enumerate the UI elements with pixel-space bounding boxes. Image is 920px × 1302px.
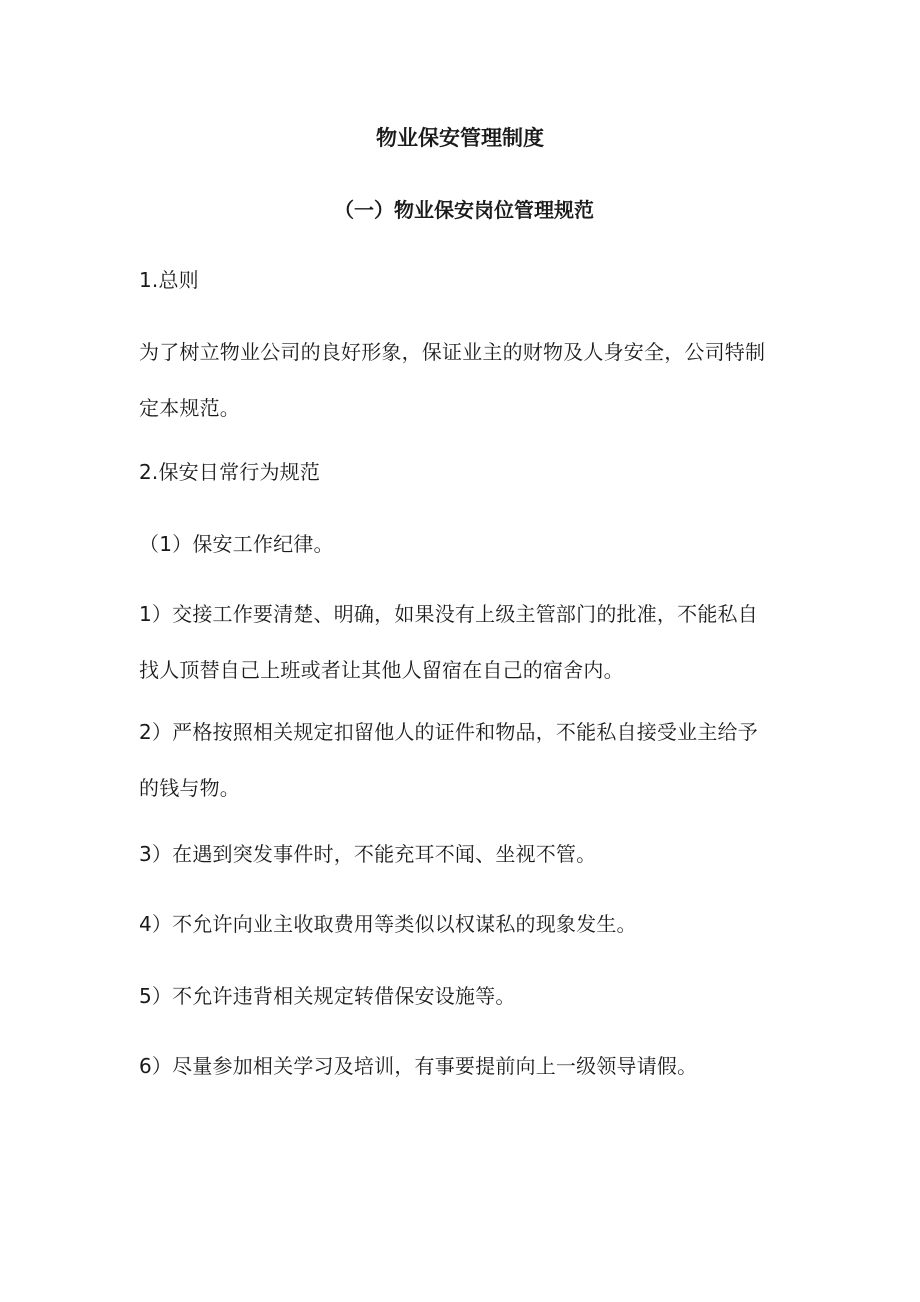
section-heading-general: 1.总则 bbox=[139, 252, 789, 308]
paragraph-line: 为了树立物业公司的良好形象，保证业主的财物及人身安全，公司特制 bbox=[139, 324, 789, 380]
heading-text: 2.保安日常行为规范 bbox=[139, 444, 789, 500]
list-item-line: 3）在遇到突发事件时，不能充耳不闻、坐视不管。 bbox=[139, 826, 789, 882]
list-item-line: 5）不允许违背相关规定转借保安设施等。 bbox=[139, 968, 789, 1024]
list-item-line: 1）交接工作要清楚、明确，如果没有上级主管部门的批准，不能私自 bbox=[139, 586, 789, 642]
general-paragraph: 为了树立物业公司的良好形象，保证业主的财物及人身安全，公司特制 定本规范。 bbox=[139, 324, 789, 436]
list-item-line: 6）尽量参加相关学习及培训，有事要提前向上一级领导请假。 bbox=[139, 1038, 789, 1094]
document-page: 物业保安管理制度 （一）物业保安岗位管理规范 1.总则 为了树立物业公司的良好形… bbox=[0, 0, 920, 1302]
paragraph-line: 定本规范。 bbox=[139, 380, 789, 436]
list-item-line: 的钱与物。 bbox=[139, 760, 789, 816]
list-item-line: 4）不允许向业主收取费用等类似以权谋私的现象发生。 bbox=[139, 896, 789, 952]
subheading-text: （1）保安工作纪律。 bbox=[139, 516, 789, 572]
section-subtitle: （一）物业保安岗位管理规范 bbox=[0, 196, 920, 224]
subheading-work-discipline: （1）保安工作纪律。 bbox=[139, 516, 789, 572]
section-heading-daily-conduct: 2.保安日常行为规范 bbox=[139, 444, 789, 500]
list-item-line: 找人顶替自己上班或者让其他人留宿在自己的宿舍内。 bbox=[139, 642, 789, 698]
list-item-4: 4）不允许向业主收取费用等类似以权谋私的现象发生。 bbox=[139, 896, 789, 952]
list-item-6: 6）尽量参加相关学习及培训，有事要提前向上一级领导请假。 bbox=[139, 1038, 789, 1094]
list-item-3: 3）在遇到突发事件时，不能充耳不闻、坐视不管。 bbox=[139, 826, 789, 882]
list-item-5: 5）不允许违背相关规定转借保安设施等。 bbox=[139, 968, 789, 1024]
list-item-line: 2）严格按照相关规定扣留他人的证件和物品，不能私自接受业主给予 bbox=[139, 704, 789, 760]
heading-text: 1.总则 bbox=[139, 252, 789, 308]
list-item-1: 1）交接工作要清楚、明确，如果没有上级主管部门的批准，不能私自 找人顶替自己上班… bbox=[139, 586, 789, 698]
list-item-2: 2）严格按照相关规定扣留他人的证件和物品，不能私自接受业主给予 的钱与物。 bbox=[139, 704, 789, 816]
document-title: 物业保安管理制度 bbox=[0, 124, 920, 152]
